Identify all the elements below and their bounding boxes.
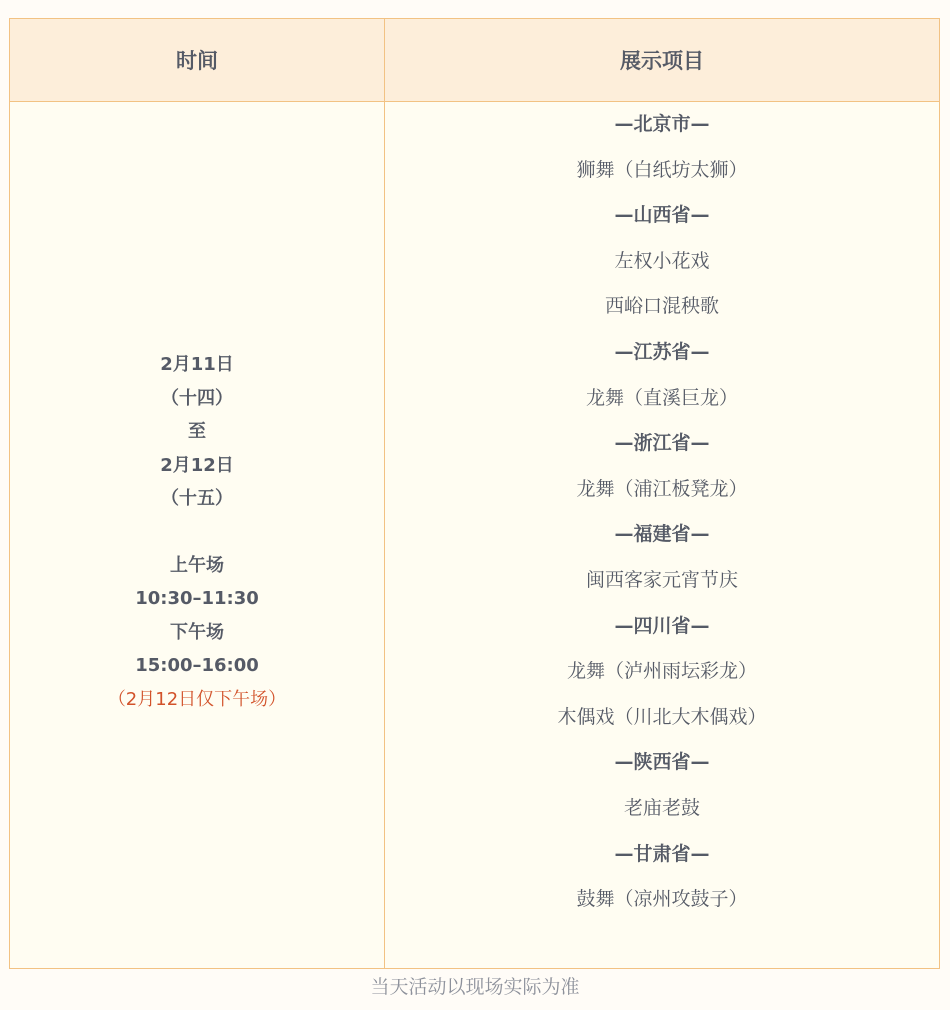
province-heading: —陕西省— <box>385 740 939 786</box>
start-date: 2月11日 <box>10 348 384 382</box>
schedule-table: 时间 展示项目 2月11日 （十四） 至 2月12日 （十五） 上午场 10:3… <box>9 18 940 969</box>
items-cell: —北京市— 狮舞（白纸坊太狮） —山西省— 左权小花戏 西峪口混秧歌 —江苏省—… <box>385 102 940 969</box>
list-item: 龙舞（浦江板凳龙） <box>385 467 939 513</box>
list-item: 西峪口混秧歌 <box>385 284 939 330</box>
province-heading: —北京市— <box>385 102 939 148</box>
afternoon-session-time: 15:00–16:00 <box>10 649 384 683</box>
header-time: 时间 <box>10 19 385 102</box>
to-label: 至 <box>10 415 384 449</box>
time-block: 2月11日 （十四） 至 2月12日 （十五） 上午场 10:30–11:30 … <box>10 348 384 716</box>
morning-session-label: 上午场 <box>10 549 384 583</box>
schedule-container: 时间 展示项目 2月11日 （十四） 至 2月12日 （十五） 上午场 10:3… <box>9 18 939 969</box>
list-item: 鼓舞（凉州攻鼓子） <box>385 877 939 923</box>
footer-note: 当天活动以现场实际为准 <box>0 972 950 999</box>
time-cell: 2月11日 （十四） 至 2月12日 （十五） 上午场 10:30–11:30 … <box>10 102 385 969</box>
list-item: 龙舞（泸州雨坛彩龙） <box>385 649 939 695</box>
session-note: （2月12日仅下午场） <box>10 683 384 717</box>
morning-session-time: 10:30–11:30 <box>10 582 384 616</box>
list-item: 左权小花戏 <box>385 239 939 285</box>
province-heading: —甘肃省— <box>385 832 939 878</box>
list-item: 狮舞（白纸坊太狮） <box>385 148 939 194</box>
start-lunar-date: （十四） <box>10 382 384 416</box>
list-item: 老庙老鼓 <box>385 786 939 832</box>
list-item: 木偶戏（川北大木偶戏） <box>385 695 939 741</box>
province-heading: —江苏省— <box>385 330 939 376</box>
province-heading: —四川省— <box>385 604 939 650</box>
spacer <box>10 516 384 549</box>
afternoon-session-label: 下午场 <box>10 616 384 650</box>
province-heading: —浙江省— <box>385 421 939 467</box>
table-row: 2月11日 （十四） 至 2月12日 （十五） 上午场 10:30–11:30 … <box>10 102 940 969</box>
province-heading: —山西省— <box>385 193 939 239</box>
end-date: 2月12日 <box>10 449 384 483</box>
province-heading: —福建省— <box>385 512 939 558</box>
list-item: 龙舞（直溪巨龙） <box>385 376 939 422</box>
end-lunar-date: （十五） <box>10 482 384 516</box>
list-item: 闽西客家元宵节庆 <box>385 558 939 604</box>
table-header-row: 时间 展示项目 <box>10 19 940 102</box>
header-items: 展示项目 <box>385 19 940 102</box>
